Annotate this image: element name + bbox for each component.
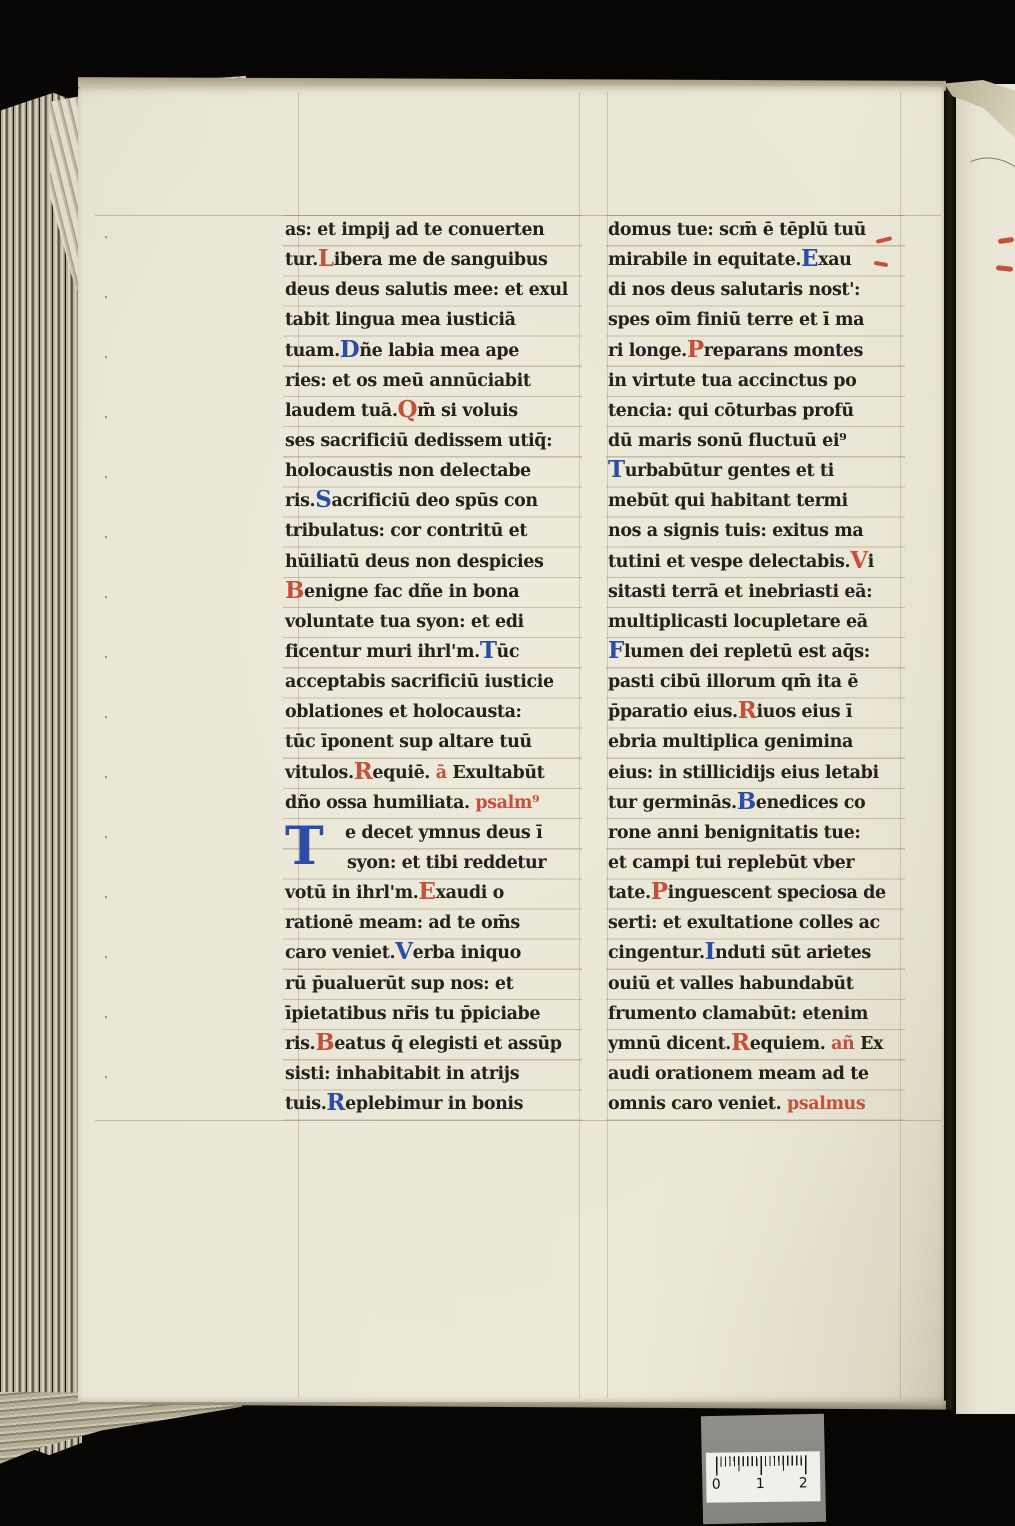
ink-text: xau [818, 250, 851, 270]
manuscript-text-line: tur germinās.Benedices co [606, 788, 905, 818]
blue-initial: T [608, 456, 625, 483]
ink-text: holocaustis non delectabe [285, 461, 531, 481]
manuscript-text-line: rū p̄ualuerūt sup nos: et [283, 969, 582, 999]
manuscript-text-line: ris.Beatus q̄ elegisti et assūp [283, 1029, 582, 1059]
ink-text: iuos eius ī [756, 702, 852, 722]
ink-text: eplebimur in bonis [345, 1094, 523, 1114]
ink-text: domus tue: scm̄ ē tēplū tuū [608, 220, 866, 240]
ink-text: sitasti terrā et inebriasti eā: [608, 582, 872, 602]
rubric-text: psalmus [787, 1094, 865, 1114]
ink-text: ouiū et valles habundabūt [608, 974, 853, 994]
blue-initial: T [480, 637, 497, 664]
ink-text: in virtute tua accinctus po [608, 371, 856, 391]
ink-text: tuam. [285, 341, 340, 361]
ink-text: equiē. [372, 763, 435, 783]
manuscript-text-line: syon: et tibi reddetur [283, 848, 582, 878]
ink-text: rationē meam: ad te om̄s [285, 913, 520, 933]
blue-initial: I [705, 938, 715, 965]
manuscript-text-line: ses sacrificiū dedissem utiq̄: [283, 426, 582, 456]
manuscript-text-line: p̄paratio eius.Riuos eius ī [606, 697, 905, 727]
manuscript-text-line: et campi tui replebūt vber [606, 848, 905, 878]
red-initial: R [738, 697, 757, 724]
manuscript-text-line: eius: in stillicidijs eius letabi [606, 758, 905, 788]
manuscript-text-line: sitasti terrā et inebriasti eā: [606, 577, 905, 607]
red-initial: E [418, 878, 435, 905]
manuscript-text-line: mirabile in equitate.Exau [606, 245, 905, 275]
manuscript-text-line: holocaustis non delectabe [283, 456, 582, 486]
manuscript-text-line: tate.Pinguescent speciosa de [606, 878, 905, 908]
manuscript-text-line: Flumen dei repletū est aq̄s: [606, 637, 905, 667]
manuscript-text-line: cingentur.Induti sūt arietes [606, 938, 905, 968]
ink-text: voluntate tua syon: et edi [285, 612, 524, 632]
ink-text: enigne fac dñe in bona [304, 582, 519, 602]
manuscript-text-line: mebūt qui habitant termi [606, 486, 905, 516]
ink-text: acceptabis sacrificiū iusticie [285, 672, 554, 692]
ink-text: urbabūtur gentes et ti [625, 461, 834, 481]
ink-text: as: et impij ad te conuerten [285, 220, 544, 240]
ink-text: spes oīm finiū terre et ī ma [608, 310, 864, 330]
ink-text: īpietatibus nr̄is tu p̄piciabe [285, 1004, 540, 1024]
rubric-text: ā [436, 763, 447, 783]
ink-text: reparans montes [704, 341, 863, 361]
red-initial: V [850, 547, 867, 574]
manuscript-text-line: tencia: qui cōturbas profū [606, 396, 905, 426]
scale-ruler-ticks [716, 1455, 807, 1476]
ink-text: inguescent speciosa de [668, 883, 886, 903]
blue-initial: R [326, 1089, 345, 1116]
blue-initial: V [395, 938, 412, 965]
manuscript-text-line: Turbabūtur gentes et ti [606, 456, 905, 486]
manuscript-text-line: rone anni benignitatis tue: [606, 818, 905, 848]
red-initial: L [318, 245, 334, 272]
scale-label-1: 1 [753, 1476, 767, 1492]
manuscript-text-line: frumento clamabūt: etenim [606, 999, 905, 1029]
ink-text: erba iniquo [413, 943, 521, 963]
manuscript-text-line: hūiliatū deus non despicies [283, 547, 582, 577]
manuscript-text-line: Te decet ymnus deus ī [283, 818, 582, 848]
ink-text: e decet ymnus deus ī [345, 823, 542, 843]
blue-initial: S [315, 486, 331, 513]
ink-text: pasti cibū illorum qm̄ ita ē [608, 672, 858, 692]
manuscript-text-line: voluntate tua syon: et edi [283, 607, 582, 637]
ink-text: tribulatus: cor contritū et [285, 521, 527, 541]
manuscript-text-line: as: et impij ad te conuerten [283, 215, 582, 245]
manuscript-text-line: ris.Sacrificiū deo spūs con [283, 486, 582, 516]
ink-text: hūiliatū deus non despicies [285, 552, 543, 572]
red-initial: B [315, 1029, 334, 1056]
blue-initial: E [801, 245, 818, 272]
ink-text: xaudi o [436, 883, 504, 903]
ink-text: ries: et os meū annūciabit [285, 371, 531, 391]
manuscript-text-line: omnis caro veniet. psalmus [606, 1089, 905, 1119]
manuscript-text-line: tūc īponent sup altare tuū [283, 727, 582, 757]
facing-page-sliver [956, 84, 1015, 1414]
manuscript-text-line: caro veniet.Verba iniquo [283, 938, 582, 968]
ink-text: tur germinās. [608, 793, 737, 813]
manuscript-text-line: rationē meam: ad te om̄s [283, 908, 582, 938]
manuscript-text-line: tabit lingua mea iusticiā [283, 305, 582, 335]
manuscript-text-line: votū in ihrl'm.Exaudi o [283, 878, 582, 908]
blue-initial: B [737, 788, 756, 815]
manuscript-text-line: laudem tuā.Qm̄ si voluis [283, 396, 582, 426]
manuscript-text-line: in virtute tua accinctus po [606, 366, 905, 396]
manuscript-text-line: multiplicasti locupletare eā [606, 607, 905, 637]
ink-text: ñe labia mea ape [359, 341, 519, 361]
manuscript-text-line: oblationes et holocausta: [283, 697, 582, 727]
manuscript-text-line: spes oīm finiū terre et ī ma [606, 305, 905, 335]
ink-text: dño ossa humiliata. [285, 793, 475, 813]
ink-text: sisti: inhabitabit in atrijs [285, 1064, 519, 1084]
photograph-background: as: et impij ad te conuertentur.Libera m… [0, 0, 1015, 1526]
manuscript-text-line: nos a signis tuis: exitus ma [606, 516, 905, 546]
manuscript-text-line: ymnū dicent.Requiem. añ Ex [606, 1029, 905, 1059]
ink-text: enedices co [756, 793, 866, 813]
ink-text: caro veniet. [285, 943, 395, 963]
ink-text: tate. [608, 883, 651, 903]
manuscript-text-line: deus deus salutis mee: et exul [283, 275, 582, 305]
ink-text: mirabile in equitate. [608, 250, 801, 270]
ink-text: dū maris sonū fluctuū ei⁹ [608, 431, 846, 451]
manuscript-text-line: dū maris sonū fluctuū ei⁹ [606, 426, 905, 456]
rubric-text: añ [831, 1034, 854, 1054]
red-initial: Q [398, 396, 418, 423]
ink-text: tencia: qui cōturbas profū [608, 401, 854, 421]
illuminated-initial-large: T [285, 818, 345, 848]
ink-text: lumen dei repletū est aq̄s: [624, 642, 870, 662]
scale-label-0: 0 [709, 1477, 723, 1493]
ink-text: votū in ihrl'm. [285, 883, 418, 903]
red-initial: P [687, 336, 704, 363]
manuscript-text-line: di nos deus salutaris nost': [606, 275, 905, 305]
manuscript-page: as: et impij ad te conuertentur.Libera m… [78, 86, 944, 1402]
ink-text: ses sacrificiū dedissem utiq̄: [285, 431, 552, 451]
ink-text: di nos deus salutaris nost': [608, 280, 860, 300]
ink-text: ebria multiplica genimina [608, 732, 853, 752]
red-initial: P [651, 878, 668, 905]
pricking-marks [105, 236, 107, 1126]
ink-text: frumento clamabūt: etenim [608, 1004, 868, 1024]
manuscript-text-line: sisti: inhabitabit in atrijs [283, 1059, 582, 1089]
ink-text: ibera me de sanguibus [334, 250, 548, 270]
ink-text: i [868, 552, 874, 572]
ink-text: vitulos. [285, 763, 354, 783]
blue-initial: D [340, 336, 360, 363]
ink-text: ris. [285, 491, 315, 511]
manuscript-text-line: ries: et os meū annūciabit [283, 366, 582, 396]
scale-ruler-card: 0 1 2 [701, 1414, 826, 1525]
ink-text: omnis caro veniet. [608, 1094, 787, 1114]
ink-text: nduti sūt arietes [715, 943, 871, 963]
manuscript-text-line: dño ossa humiliata. psalm⁹ [283, 788, 582, 818]
ink-text: mebūt qui habitant termi [608, 491, 848, 511]
ink-text: tuis. [285, 1094, 326, 1114]
ink-text: Exultabūt [447, 763, 545, 783]
scale-ruler-strip: 0 1 2 [706, 1451, 821, 1503]
manuscript-text-line: īpietatibus nr̄is tu p̄piciabe [283, 999, 582, 1029]
ink-text: equiem. [750, 1034, 831, 1054]
manuscript-text-line: acceptabis sacrificiū iusticie [283, 667, 582, 697]
text-column-left: as: et impij ad te conuertentur.Libera m… [283, 215, 582, 1121]
ink-text: ris. [285, 1034, 315, 1054]
ink-text: tabit lingua mea iusticiā [285, 310, 516, 330]
manuscript-text-line: Benigne fac dñe in bona [283, 577, 582, 607]
manuscript-text-line: tuis.Replebimur in bonis [283, 1089, 582, 1119]
manuscript-text-line: audi orationem meam ad te [606, 1059, 905, 1089]
ink-text: cingentur. [608, 943, 705, 963]
text-column-right: domus tue: scm̄ ē tēplū tuūmirabile in e… [606, 215, 905, 1121]
ink-text: ūc [497, 642, 520, 662]
ink-text: tur. [285, 250, 318, 270]
manuscript-text-line: tuam.Dñe labia mea ape [283, 336, 582, 366]
manuscript-text-line: ebria multiplica genimina [606, 727, 905, 757]
manuscript-text-line: tribulatus: cor contritū et [283, 516, 582, 546]
red-initial: R [731, 1029, 750, 1056]
ink-text: ri longe. [608, 341, 687, 361]
ink-text: p̄paratio eius. [608, 702, 738, 722]
ink-text: eatus q̄ elegisti et assūp [334, 1034, 561, 1054]
ink-text: m̄ si voluis [417, 401, 518, 421]
manuscript-text-line: tur.Libera me de sanguibus [283, 245, 582, 275]
ink-text: oblationes et holocausta: [285, 702, 522, 722]
ink-text: Ex [854, 1034, 883, 1054]
ink-text: multiplicasti locupletare eā [608, 612, 868, 632]
manuscript-text-line: vitulos.Requiē. ā Exultabūt [283, 758, 582, 788]
ink-text: syon: et tibi reddetur [347, 853, 546, 873]
ink-text: ymnū dicent. [608, 1034, 731, 1054]
book-page-edges-left [0, 90, 82, 1462]
manuscript-text-line: serti: et exultatione colles ac [606, 908, 905, 938]
ink-text: eius: in stillicidijs eius letabi [608, 763, 879, 783]
ink-text: serti: et exultatione colles ac [608, 913, 880, 933]
ink-text: ficentur muri ihrl'm. [285, 642, 480, 662]
scale-tick-major [716, 1455, 807, 1475]
rubric-text: psalm⁹ [475, 793, 539, 813]
manuscript-text-line: pasti cibū illorum qm̄ ita ē [606, 667, 905, 697]
ink-text: et campi tui replebūt vber [608, 853, 854, 873]
manuscript-text-line: ouiū et valles habundabūt [606, 969, 905, 999]
ink-text: deus deus salutis mee: et exul [285, 280, 568, 300]
red-initial: B [285, 577, 304, 604]
manuscript-text-line: tutini et vespe delectabis.Vi [606, 547, 905, 577]
scale-label-2: 2 [796, 1475, 810, 1491]
red-initial: R [354, 758, 373, 785]
ink-text: acrificiū deo spūs con [331, 491, 537, 511]
ink-text: nos a signis tuis: exitus ma [608, 521, 863, 541]
blue-initial: F [608, 637, 624, 664]
ink-text: tūc īponent sup altare tuū [285, 732, 532, 752]
manuscript-text-line: ficentur muri ihrl'm.Tūc [283, 637, 582, 667]
manuscript-text-line: ri longe.Preparans montes [606, 336, 905, 366]
manuscript-text-line: domus tue: scm̄ ē tēplū tuū [606, 215, 905, 245]
ink-text: audi orationem meam ad te [608, 1064, 869, 1084]
ink-text: tutini et vespe delectabis. [608, 552, 850, 572]
ink-text: rū p̄ualuerūt sup nos: et [285, 974, 513, 994]
ink-text: laudem tuā. [285, 401, 398, 421]
ink-text: rone anni benignitatis tue: [608, 823, 860, 843]
